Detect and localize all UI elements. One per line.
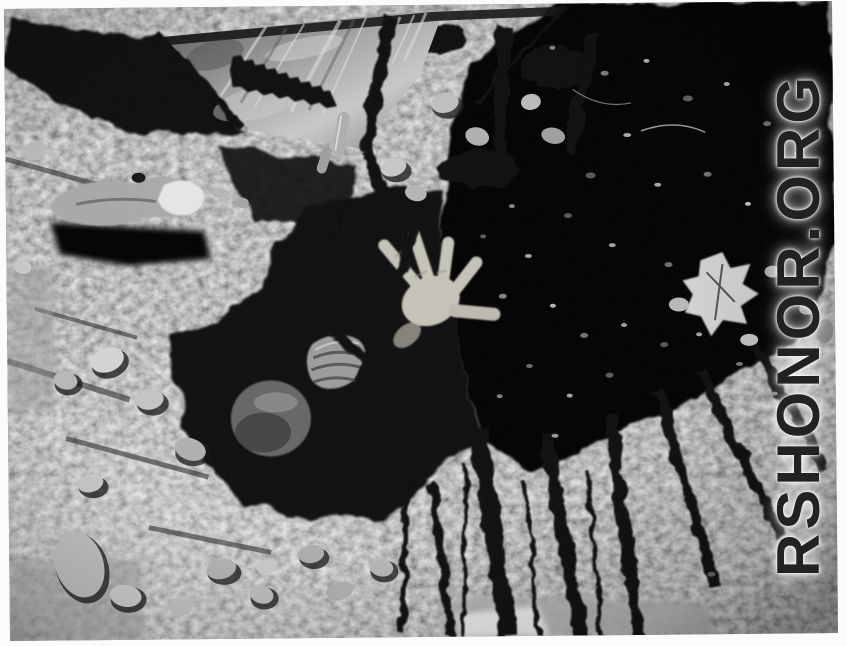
photo-scene bbox=[4, 1, 838, 641]
scan-background: RSHONOR.ORG bbox=[0, 0, 847, 646]
watermark-text: RSHONOR.ORG bbox=[768, 65, 828, 585]
vignette-overlay bbox=[4, 1, 838, 641]
photograph bbox=[4, 1, 838, 641]
